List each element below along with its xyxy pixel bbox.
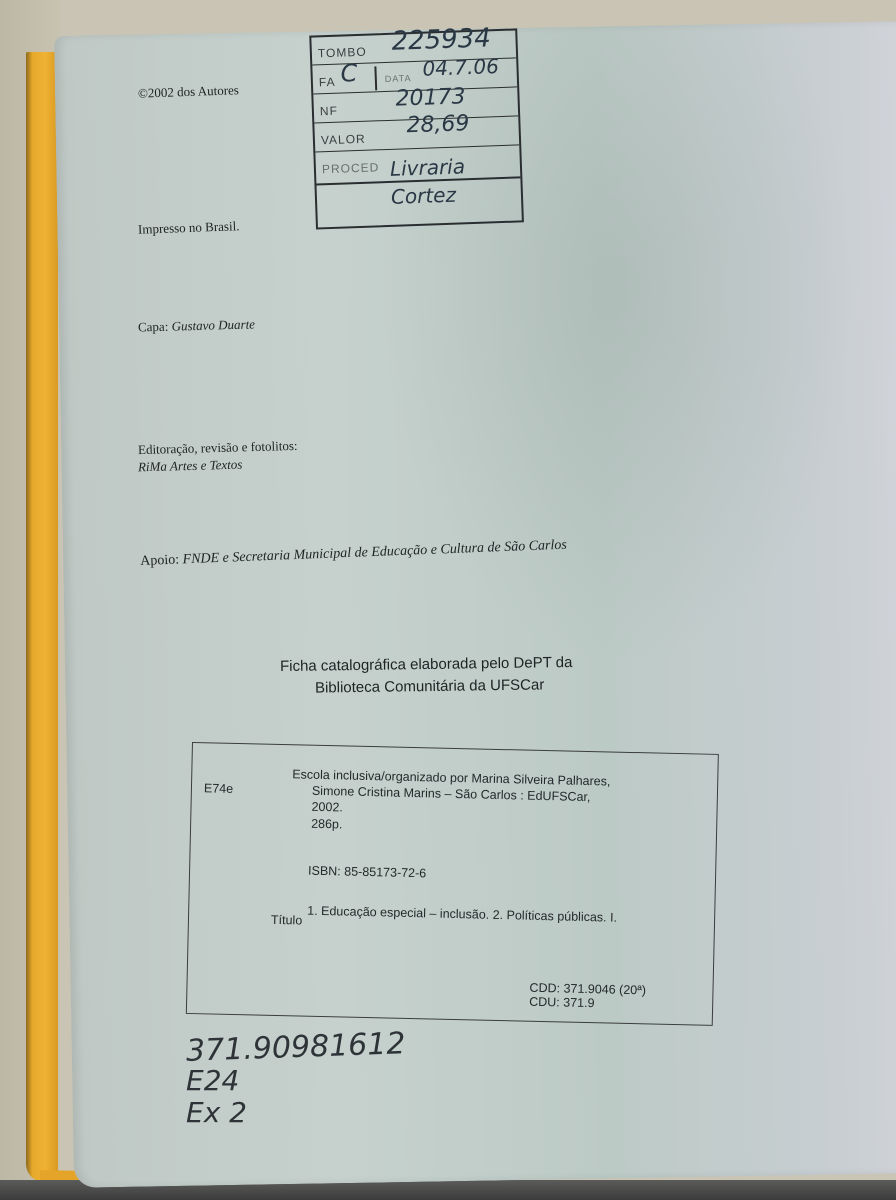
support-credit-label: Apoio: <box>140 553 179 569</box>
call-number: E74e <box>204 781 234 796</box>
stamp-value: 20173 <box>395 84 466 111</box>
stamp-value: Livraria Cortez <box>389 151 511 211</box>
cover-credit: Capa: Gustavo Duarte <box>138 316 255 335</box>
catalog-card: E74e Escola inclusiva/organizado por Mar… <box>186 742 719 1026</box>
stamp-value: 225934 <box>391 23 491 56</box>
stamp-value: 28,69 <box>406 111 470 138</box>
stamp-row-proced: PROCED Livraria Cortez <box>315 146 521 215</box>
entry-year: 2002. <box>311 800 343 815</box>
handwritten-copy-number: Ex 2 <box>186 1096 247 1129</box>
stamp-label: VALOR <box>321 132 366 148</box>
entry-pages: 286p. <box>311 817 343 832</box>
book-cover-edge <box>26 52 58 1182</box>
stamp-label: TOMBO <box>318 45 367 61</box>
stamp-label: DATA <box>385 73 412 84</box>
stamp-value: 04.7.06 <box>422 54 499 81</box>
catalog-heading-line2: Biblioteca Comunitária da UFSCar <box>315 676 544 696</box>
cover-credit-label: Capa: <box>138 319 169 335</box>
stamp-label: NF <box>320 104 338 119</box>
stamp-frame: TOMBO 225934 FA C DATA 04.7.06 NF 20173 … <box>309 28 524 229</box>
cdu-classification: CDU: 371.9 <box>529 995 595 1010</box>
editing-credit-name: RiMa Artes e Textos <box>138 457 243 476</box>
isbn: ISBN: 85-85173-72-6 <box>308 864 426 881</box>
stamp-divider <box>374 66 377 90</box>
stamp-value: C <box>340 59 358 88</box>
handwritten-cutter: E24 <box>186 1064 239 1097</box>
stamp-label: PROCED <box>322 160 380 176</box>
cover-credit-name: Gustavo Duarte <box>171 316 255 333</box>
subjects: 1. Educação especial – inclusão. 2. Polí… <box>307 904 617 925</box>
stamp-label: FA <box>319 75 336 90</box>
library-stamp: TOMBO 225934 FA C DATA 04.7.06 NF 20173 … <box>309 8 522 215</box>
title-label: Título <box>271 913 303 928</box>
